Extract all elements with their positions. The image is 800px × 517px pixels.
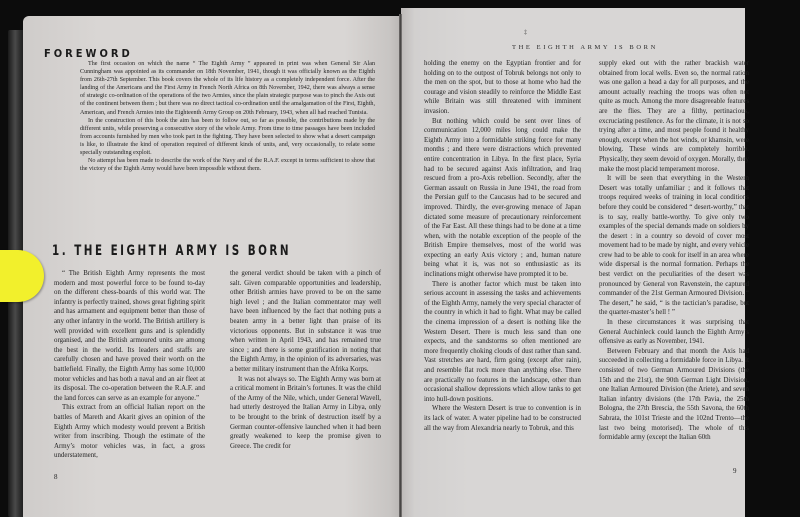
chapter-heading: 1. THE EIGHTH ARMY IS BORN	[52, 241, 291, 259]
foreword-paragraph: The first occasion on which the name “ T…	[80, 60, 375, 117]
body-paragraph: the general verdict should be taken with…	[230, 269, 381, 375]
page-number-left: 8	[54, 473, 58, 481]
right-page-column-2: supply eked out with the rather brackish…	[599, 59, 749, 443]
foreword-body: The first occasion on which the name “ T…	[80, 52, 375, 173]
body-paragraph: It will be seen that everything in the W…	[599, 174, 749, 318]
body-paragraph: There is another factor which must be ta…	[424, 280, 581, 405]
body-paragraph: supply eked out with the rather brackish…	[599, 59, 749, 174]
body-paragraph: But nothing which could be sent over lin…	[424, 117, 581, 280]
book-gutter	[399, 14, 402, 517]
right-page-column-1: holding the enemy on the Egyptian fronti…	[424, 59, 581, 433]
body-paragraph: “ The British Eighth Army represents the…	[54, 269, 205, 403]
foreword-paragraph: No attempt has been made to describe the…	[80, 157, 375, 173]
left-page-column-1: “ The British Eighth Army represents the…	[54, 269, 205, 461]
left-page-column-2: the general verdict should be taken with…	[230, 269, 381, 451]
body-paragraph: Where the Western Desert is true to conv…	[424, 404, 581, 433]
printer-mark: ‡	[524, 30, 527, 36]
body-paragraph: In these circumstances it was surprising…	[599, 318, 749, 347]
body-paragraph: It was not always so. The Eighth Army wa…	[230, 375, 381, 452]
foreword-paragraph: In the construction of this book the aim…	[80, 117, 375, 157]
body-paragraph: holding the enemy on the Egyptian fronti…	[424, 59, 581, 117]
running-head: THE EIGHTH ARMY IS BORN	[512, 44, 658, 51]
body-paragraph: Between February and that month the Axis…	[599, 347, 749, 443]
body-paragraph: This extract from an official Italian re…	[54, 403, 205, 461]
page-number-right: 9	[733, 467, 737, 475]
